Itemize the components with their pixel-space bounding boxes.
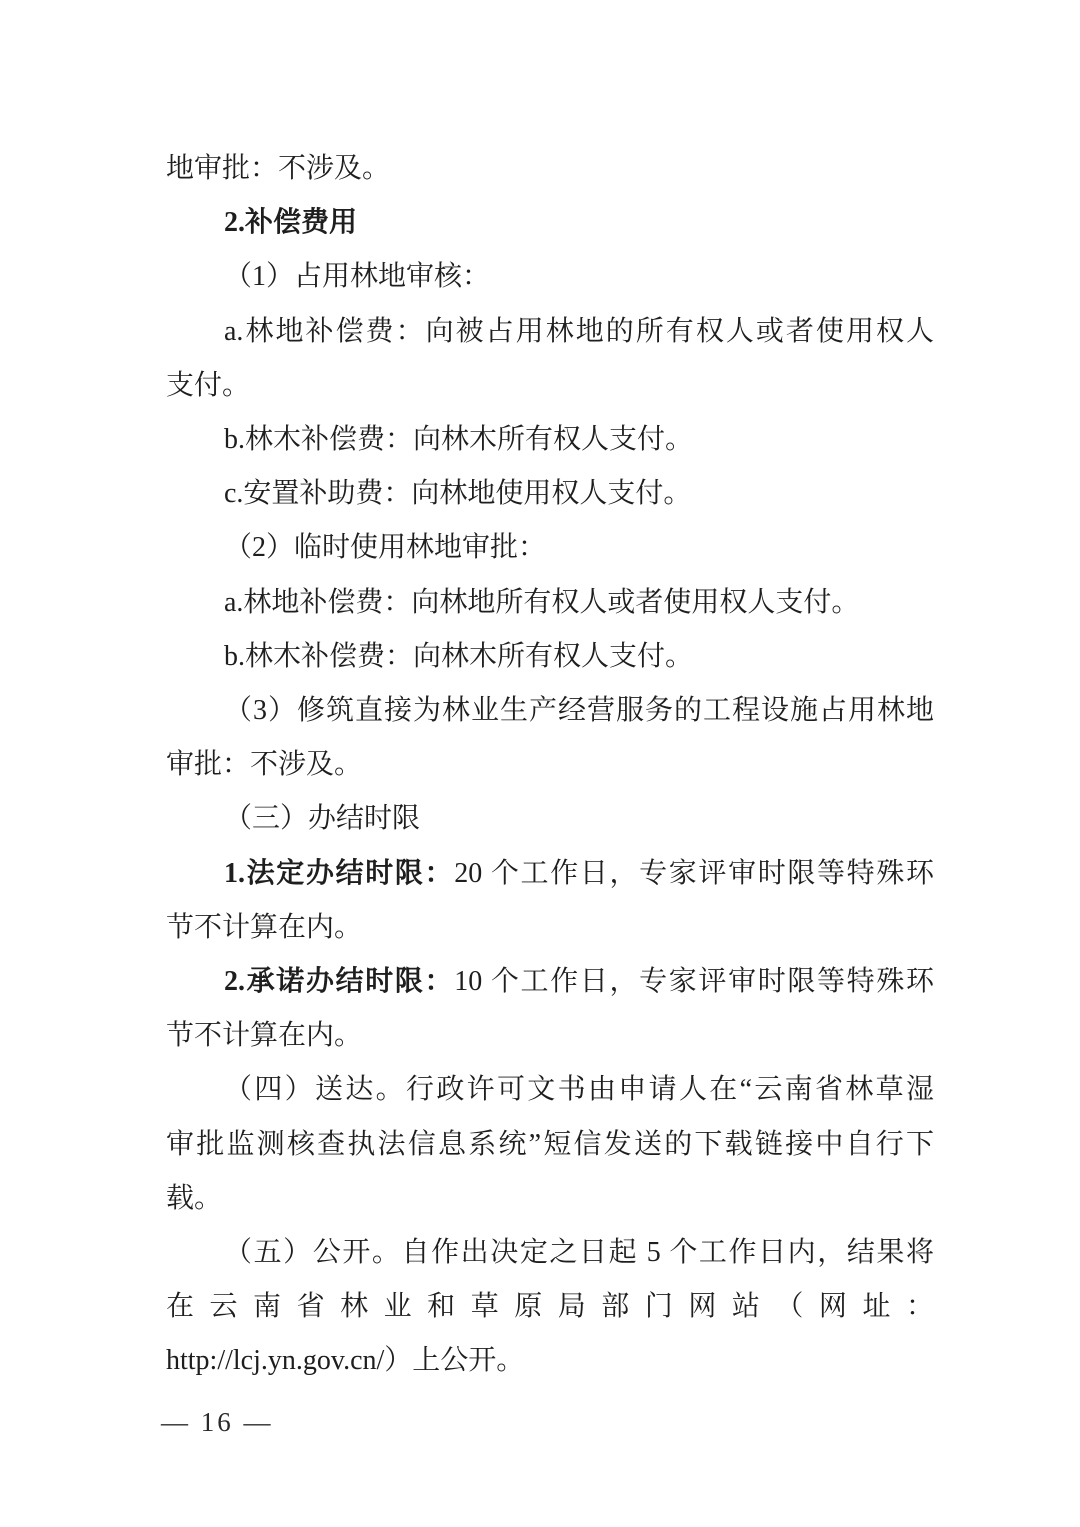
text-line: b.林木补偿费：向林木所有权人支付。 [166, 413, 934, 467]
text-line: c.安置补助费：向林地使用权人支付。 [166, 467, 934, 521]
text-line: 节不计算在内。 [166, 1009, 934, 1063]
text-line: 在云南省林业和草原局部门网站（网址： [166, 1280, 934, 1334]
body-text: http://lcj.yn.gov.cn/）上公开。 [166, 1345, 524, 1376]
document-body: 地审批：不涉及。2.补偿费用（1）占用林地审核：a.林地补偿费：向被占用林地的所… [166, 142, 934, 1389]
text-line: 载。 [166, 1172, 934, 1226]
page-number: — 16 — [161, 1407, 274, 1438]
body-text: a.林地补偿费：向被占用林地的所有权人或者使用权人 [224, 316, 934, 347]
body-text: 审批监测核查执法信息系统”短信发送的下载链接中自行下 [166, 1129, 934, 1160]
body-text: （3）修筑直接为林业生产经营服务的工程设施占用林地 [224, 695, 934, 726]
heading-text: （三）办结时限 [224, 803, 420, 834]
body-text: 行政许可文书由申请人在“云南省林草湿 [406, 1074, 934, 1105]
body-text: 支付。 [166, 370, 250, 401]
body-text: 节不计算在内。 [166, 912, 362, 943]
text-line: 审批：不涉及。 [166, 738, 934, 792]
text-line: （四）送达。行政许可文书由申请人在“云南省林草湿 [166, 1063, 934, 1117]
body-text: 节不计算在内。 [166, 1020, 362, 1051]
text-line: a.林地补偿费：向林地所有权人或者使用权人支付。 [166, 576, 934, 630]
body-text: b.林木补偿费：向林木所有权人支付。 [224, 424, 693, 455]
body-text: 在云南省林业和草原局部门网站（网址： [166, 1291, 934, 1322]
body-text: 审批：不涉及。 [166, 749, 362, 780]
text-line: （1）占用林地审核： [166, 250, 934, 304]
body-text: 自作出决定之日起 5 个工作日内，结果将 [402, 1237, 934, 1268]
text-line: （五）公开。自作出决定之日起 5 个工作日内，结果将 [166, 1226, 934, 1280]
text-line: 支付。 [166, 359, 934, 413]
text-line: 节不计算在内。 [166, 901, 934, 955]
bold-text: 2.承诺办结时限： [224, 966, 454, 997]
body-text: 10 个工作日，专家评审时限等特殊环 [454, 966, 934, 997]
text-line: b.林木补偿费：向林木所有权人支付。 [166, 630, 934, 684]
body-text: a.林地补偿费：向林地所有权人或者使用权人支付。 [224, 587, 859, 618]
body-text: （1）占用林地审核： [224, 261, 490, 292]
text-line: （三）办结时限 [166, 792, 934, 846]
bold-text: 2.补偿费用 [224, 207, 357, 238]
text-line: http://lcj.yn.gov.cn/）上公开。 [166, 1334, 934, 1388]
text-line: 地审批：不涉及。 [166, 142, 934, 196]
text-line: （3）修筑直接为林业生产经营服务的工程设施占用林地 [166, 684, 934, 738]
body-text: （2）临时使用林地审批： [224, 532, 546, 563]
page: 地审批：不涉及。2.补偿费用（1）占用林地审核：a.林地补偿费：向被占用林地的所… [0, 0, 1080, 1527]
text-line: a.林地补偿费：向被占用林地的所有权人或者使用权人 [166, 305, 934, 359]
body-text: c.安置补助费：向林地使用权人支付。 [224, 478, 691, 509]
text-line: 2.补偿费用 [166, 196, 934, 250]
bold-text: 1.法定办结时限： [224, 858, 454, 889]
body-text: b.林木补偿费：向林木所有权人支付。 [224, 641, 693, 672]
text-line: 审批监测核查执法信息系统”短信发送的下载链接中自行下 [166, 1118, 934, 1172]
text-line: 1.法定办结时限：20 个工作日，专家评审时限等特殊环 [166, 847, 934, 901]
body-text: 20 个工作日，专家评审时限等特殊环 [454, 858, 934, 889]
body-text: 地审批：不涉及。 [166, 153, 390, 184]
heading-text: （五）公开。 [224, 1237, 402, 1268]
heading-text: （四）送达。 [224, 1074, 406, 1105]
text-line: （2）临时使用林地审批： [166, 521, 934, 575]
text-line: 2.承诺办结时限：10 个工作日，专家评审时限等特殊环 [166, 955, 934, 1009]
body-text: 载。 [166, 1183, 222, 1214]
